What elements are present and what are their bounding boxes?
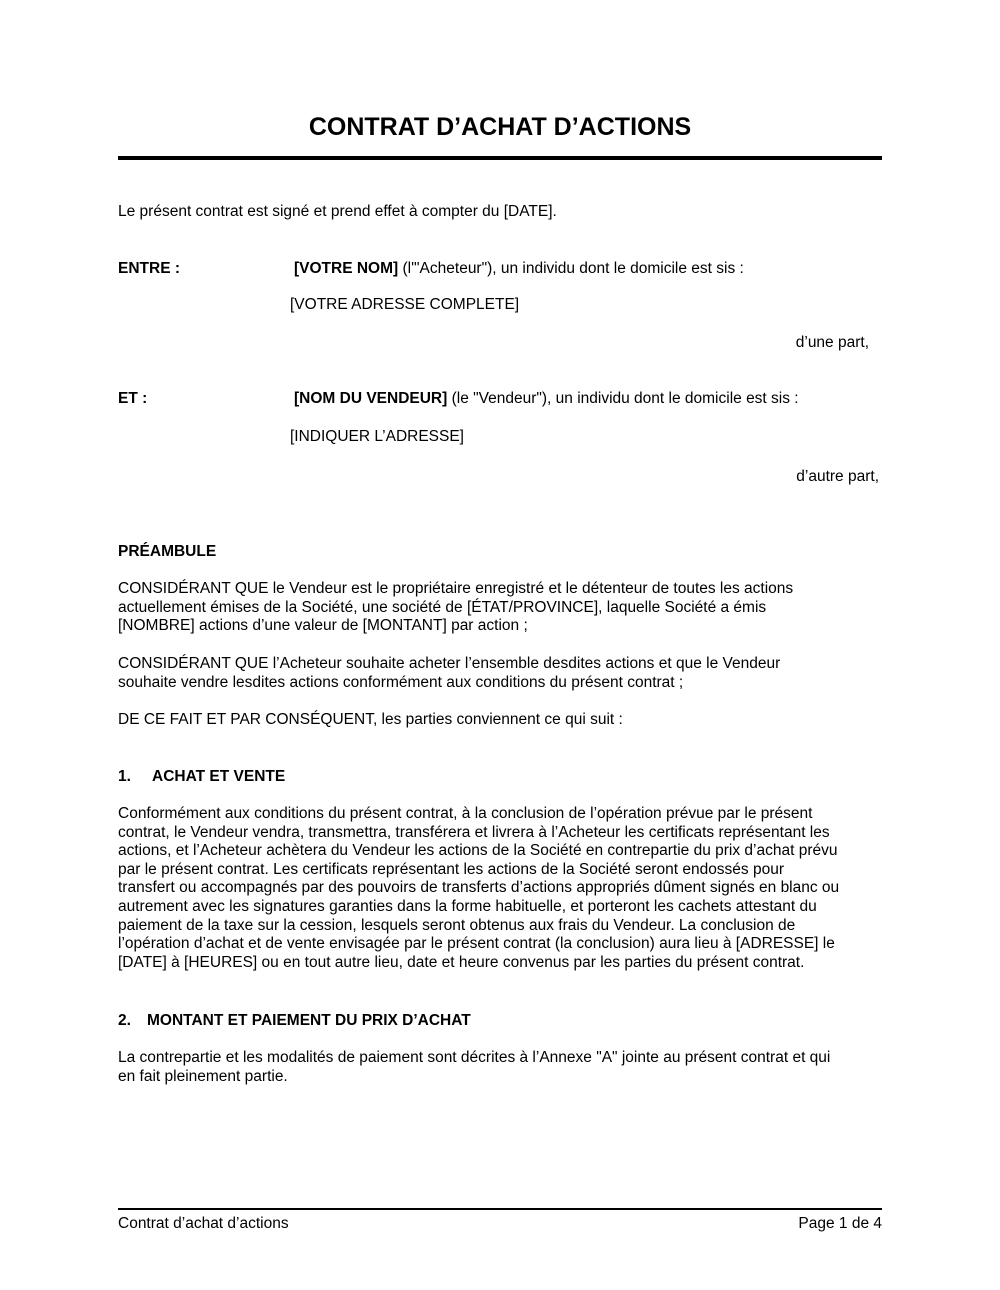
party-2-address: [INDIQUER L’ADRESSE] xyxy=(290,428,464,447)
section-1-number: 1. xyxy=(118,768,131,787)
party-1-closing: d’une part, xyxy=(600,334,869,353)
text-line: DE CE FAIT ET PAR CONSÉQUENT, les partie… xyxy=(118,711,882,730)
preamble-heading: PRÉAMBULE xyxy=(118,543,216,562)
text-line: actuellement émises de la Société, une s… xyxy=(118,599,882,618)
text-line: contrat, le Vendeur vendra, transmettra,… xyxy=(118,824,882,843)
footer-document-name: Contrat d’achat d’actions xyxy=(118,1215,289,1234)
party-2-label: ET : xyxy=(118,390,147,409)
party-1-line: [VOTRE NOM] (l'"Acheteur"), un individu … xyxy=(294,260,744,279)
text-line: paiement de la taxe sur la cession, lesq… xyxy=(118,917,882,936)
section-1-body: Conformément aux conditions du présent c… xyxy=(118,805,882,972)
text-line: transfert ou accompagnés par des pouvoir… xyxy=(118,879,882,898)
document-title: CONTRAT D’ACHAT D’ACTIONS xyxy=(118,113,882,142)
party-2-line: [NOM DU VENDEUR] (le "Vendeur"), un indi… xyxy=(294,390,799,409)
text-line: actions, et l’Acheteur achètera du Vende… xyxy=(118,842,882,861)
text-line: CONSIDÉRANT QUE le Vendeur est le propri… xyxy=(118,580,882,599)
text-line: par le présent contrat. Les certificats … xyxy=(118,861,882,880)
intro-text: Le présent contrat est signé et prend ef… xyxy=(118,203,557,222)
title-divider xyxy=(118,156,882,160)
text-line: souhaite vendre lesdites actions conform… xyxy=(118,674,882,693)
party-1-address: [VOTRE ADRESSE COMPLETE] xyxy=(290,296,519,315)
preamble-paragraph: CONSIDÉRANT QUE l’Acheteur souhaite ache… xyxy=(118,655,882,692)
text-line: Conformément aux conditions du présent c… xyxy=(118,805,882,824)
section-2-number: 2. xyxy=(118,1012,131,1031)
party-1-name: [VOTRE NOM] xyxy=(294,260,398,277)
party-1-description: (l'"Acheteur"), un individu dont le domi… xyxy=(398,260,744,277)
party-1-label: ENTRE : xyxy=(118,260,180,279)
footer-page-number: Page 1 de 4 xyxy=(700,1215,882,1234)
section-1-heading: ACHAT ET VENTE xyxy=(152,768,285,787)
footer-divider xyxy=(118,1208,882,1210)
preamble-paragraph: CONSIDÉRANT QUE le Vendeur est le propri… xyxy=(118,580,882,636)
party-2-name: [NOM DU VENDEUR] xyxy=(294,390,447,407)
text-line: en fait pleinement partie. xyxy=(118,1068,882,1087)
text-line: l’opération d’achat et de vente envisagé… xyxy=(118,935,882,954)
preamble-paragraph: DE CE FAIT ET PAR CONSÉQUENT, les partie… xyxy=(118,711,882,730)
text-line: [NOMBRE] actions d’une valeur de [MONTAN… xyxy=(118,617,882,636)
text-line: autrement avec les signatures garanties … xyxy=(118,898,882,917)
section-2-body: La contrepartie et les modalités de paie… xyxy=(118,1049,882,1086)
party-2-description: (le "Vendeur"), un individu dont le domi… xyxy=(447,390,798,407)
party-2-closing: d’autre part, xyxy=(600,468,879,487)
section-2-heading: MONTANT ET PAIEMENT DU PRIX D’ACHAT xyxy=(147,1012,471,1031)
text-line: [DATE] à [HEURES] ou en tout autre lieu,… xyxy=(118,954,882,973)
document-page: CONTRAT D’ACHAT D’ACTIONS Le présent con… xyxy=(0,0,1000,1290)
text-line: La contrepartie et les modalités de paie… xyxy=(118,1049,882,1068)
text-line: CONSIDÉRANT QUE l’Acheteur souhaite ache… xyxy=(118,655,882,674)
